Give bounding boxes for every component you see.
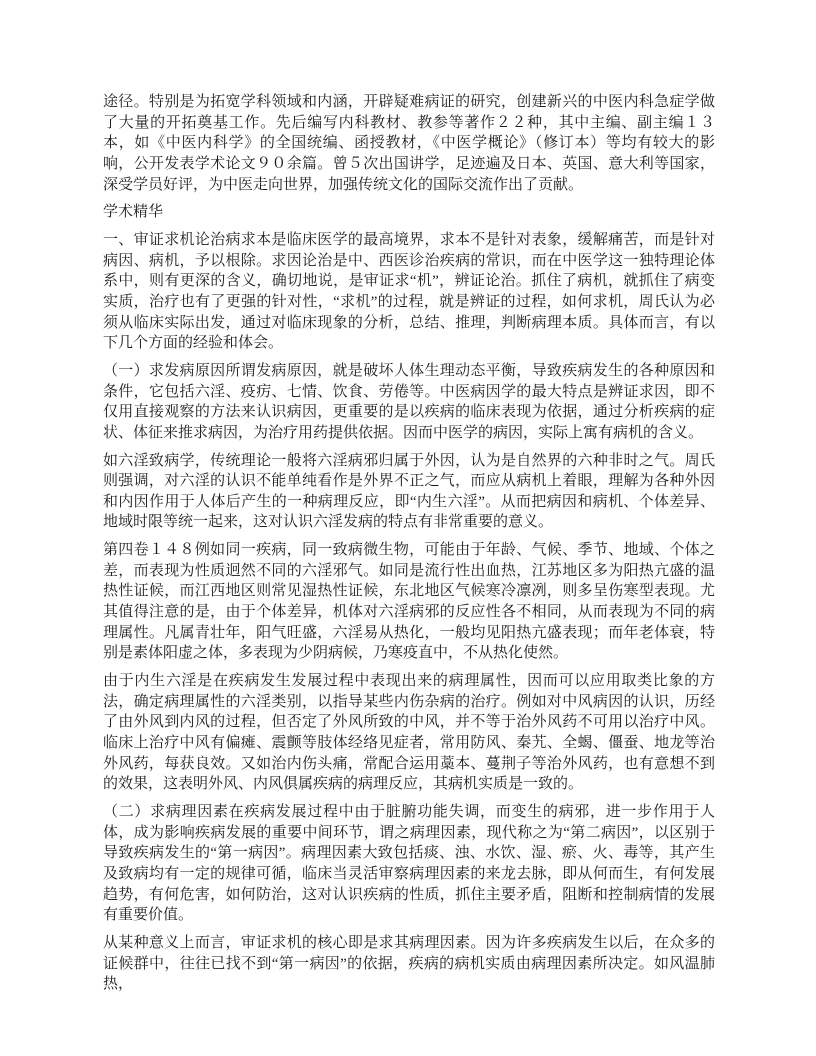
document-page: 途径。特别是为拓宽学科领域和内涵，开辟疑难病证的研究，创建新兴的中医内科急症学做…: [0, 0, 816, 1056]
paragraph-core-of-mechanism: 从某种意义上而言，审证求机的核心即是求其病理因素。因为许多疾病发生以后，在众多的…: [103, 933, 715, 995]
paragraph-pathological-factors: （二）求病理因素在疾病发展过程中由于脏腑功能失调，而变生的病邪，进一步作用于人体…: [103, 802, 715, 926]
paragraph-six-excesses: 如六淫致病学，传统理论一般将六淫病邪归属于外因，认为是自然界的六种非时之气。周氏…: [103, 451, 715, 534]
paragraph-internal-six-excesses: 由于内生六淫是在疾病发生发展过程中表现出来的病理属性，因而可以应用取类比象的方法…: [103, 671, 715, 795]
paragraph-disease-cause: （一）求发病原因所谓发病原因，就是破坏人体生理动态平衡，导致疾病发生的各种原因和…: [103, 361, 715, 444]
paragraph-volume-four-cases: 第四卷１４８例如同一疾病，同一致病微生物，可能由于年龄、气候、季节、地域、个体之…: [103, 540, 715, 664]
paragraph-seeking-mechanism: 一、审证求机论治病求本是临床医学的最高境界，求本不是针对表象，缓解痛苦，而是针对…: [103, 230, 715, 354]
section-heading: 学术精华: [103, 202, 715, 223]
text-block: 途径。特别是为拓宽学科领域和内涵，开辟疑难病证的研究，创建新兴的中医内科急症学做…: [103, 92, 715, 1002]
paragraph-continuation: 途径。特别是为拓宽学科领域和内涵，开辟疑难病证的研究，创建新兴的中医内科急症学做…: [103, 92, 715, 195]
